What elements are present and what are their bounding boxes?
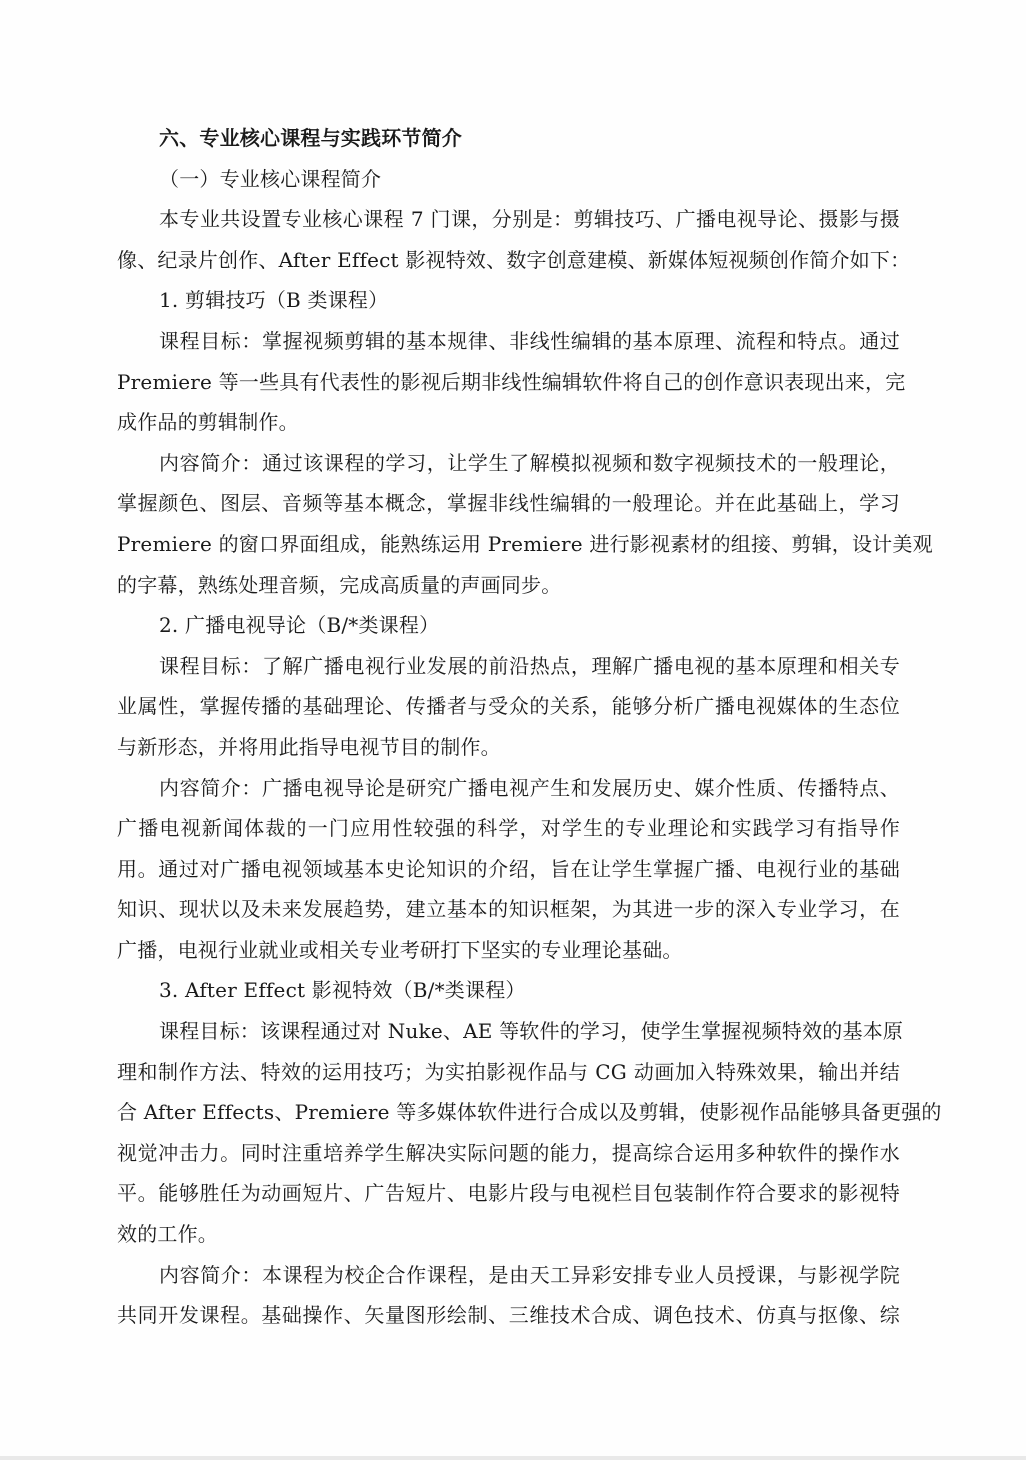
text-line: 本专业共设置专业核心课程 7 门课，分别是：剪辑技巧、广播电视导论、摄影与摄 (117, 199, 900, 240)
course-title: 1. 剪辑技巧（B 类课程） (117, 280, 900, 321)
text-line: 视觉冲击力。同时注重培养学生解决实际问题的能力，提高综合运用多种软件的操作水 (117, 1133, 900, 1174)
text-line: 的字幕，熟练处理音频，完成高质量的声画同步。 (117, 565, 900, 606)
subsection-title: （一）专业核心课程简介 (117, 159, 900, 200)
text-line: 与新形态，并将用此指导电视节目的制作。 (117, 727, 900, 768)
text-line: 课程目标：了解广播电视行业发展的前沿热点，理解广播电视的基本原理和相关专 (117, 646, 900, 687)
text-line: 业属性，掌握传播的基础理论、传播者与受众的关系，能够分析广播电视媒体的生态位 (117, 686, 900, 727)
intro-paragraph: 本专业共设置专业核心课程 7 门课，分别是：剪辑技巧、广播电视导论、摄影与摄 像… (117, 199, 900, 280)
document-page: 六、专业核心课程与实践环节简介 （一）专业核心课程简介 本专业共设置专业核心课程… (0, 0, 1026, 1456)
course-content-paragraph: 内容简介：广播电视导论是研究广播电视产生和发展历史、媒介性质、传播特点、 广播电… (117, 768, 900, 971)
text-line: Premiere 的窗口界面组成，能熟练运用 Premiere 进行影视素材的组… (117, 524, 900, 565)
text-line: 理和制作方法、特效的运用技巧；为实拍影视作品与 CG 动画加入特殊效果，输出并结 (117, 1052, 900, 1093)
text-line: 内容简介：广播电视导论是研究广播电视产生和发展历史、媒介性质、传播特点、 (117, 768, 900, 809)
text-line: 共同开发课程。基础操作、矢量图形绘制、三维技术合成、调色技术、仿真与抠像、综 (117, 1295, 900, 1336)
course-goal-paragraph: 课程目标：了解广播电视行业发展的前沿热点，理解广播电视的基本原理和相关专 业属性… (117, 646, 900, 768)
text-line: 内容简介：通过该课程的学习，让学生了解模拟视频和数字视频技术的一般理论， (117, 443, 900, 484)
course-content-paragraph: 内容简介：通过该课程的学习，让学生了解模拟视频和数字视频技术的一般理论， 掌握颜… (117, 443, 900, 605)
text-line: 掌握颜色、图层、音频等基本概念，掌握非线性编辑的一般理论。并在此基础上，学习 (117, 483, 900, 524)
text-line: 广播电视新闻体裁的一门应用性较强的科学，对学生的专业理论和实践学习有指导作 (117, 808, 900, 849)
text-line: 合 After Effects、Premiere 等多媒体软件进行合成以及剪辑，… (117, 1092, 900, 1133)
text-line: 像、纪录片创作、After Effect 影视特效、数字创意建模、新媒体短视频创… (117, 240, 900, 281)
text-line: 课程目标：掌握视频剪辑的基本规律、非线性编辑的基本原理、流程和特点。通过 (117, 321, 900, 362)
document-body: 六、专业核心课程与实践环节简介 （一）专业核心课程简介 本专业共设置专业核心课程… (117, 118, 900, 1336)
section-title: 六、专业核心课程与实践环节简介 (117, 118, 900, 159)
course-goal-paragraph: 课程目标：该课程通过对 Nuke、AE 等软件的学习，使学生掌握视频特效的基本原… (117, 1011, 900, 1255)
course-title: 2. 广播电视导论（B/*类课程） (117, 605, 900, 646)
page-bottom-edge (0, 1456, 1026, 1460)
text-line: 用。通过对广播电视领域基本史论知识的介绍，旨在让学生掌握广播、电视行业的基础 (117, 849, 900, 890)
text-line: 效的工作。 (117, 1214, 900, 1255)
text-line: 知识、现状以及未来发展趋势，建立基本的知识框架，为其进一步的深入专业学习，在 (117, 889, 900, 930)
text-line: 广播，电视行业就业或相关专业考研打下坚实的专业理论基础。 (117, 930, 900, 971)
course-content-paragraph: 内容简介：本课程为校企合作课程，是由天工异彩安排专业人员授课，与影视学院 共同开… (117, 1255, 900, 1336)
text-line: 成作品的剪辑制作。 (117, 402, 900, 443)
text-line: 平。能够胜任为动画短片、广告短片、电影片段与电视栏目包装制作符合要求的影视特 (117, 1173, 900, 1214)
text-line: 内容简介：本课程为校企合作课程，是由天工异彩安排专业人员授课，与影视学院 (117, 1255, 900, 1296)
text-line: Premiere 等一些具有代表性的影视后期非线性编辑软件将自己的创作意识表现出… (117, 362, 900, 403)
text-line: 课程目标：该课程通过对 Nuke、AE 等软件的学习，使学生掌握视频特效的基本原 (117, 1011, 900, 1052)
course-goal-paragraph: 课程目标：掌握视频剪辑的基本规律、非线性编辑的基本原理、流程和特点。通过 Pre… (117, 321, 900, 443)
course-title: 3. After Effect 影视特效（B/*类课程） (117, 970, 900, 1011)
